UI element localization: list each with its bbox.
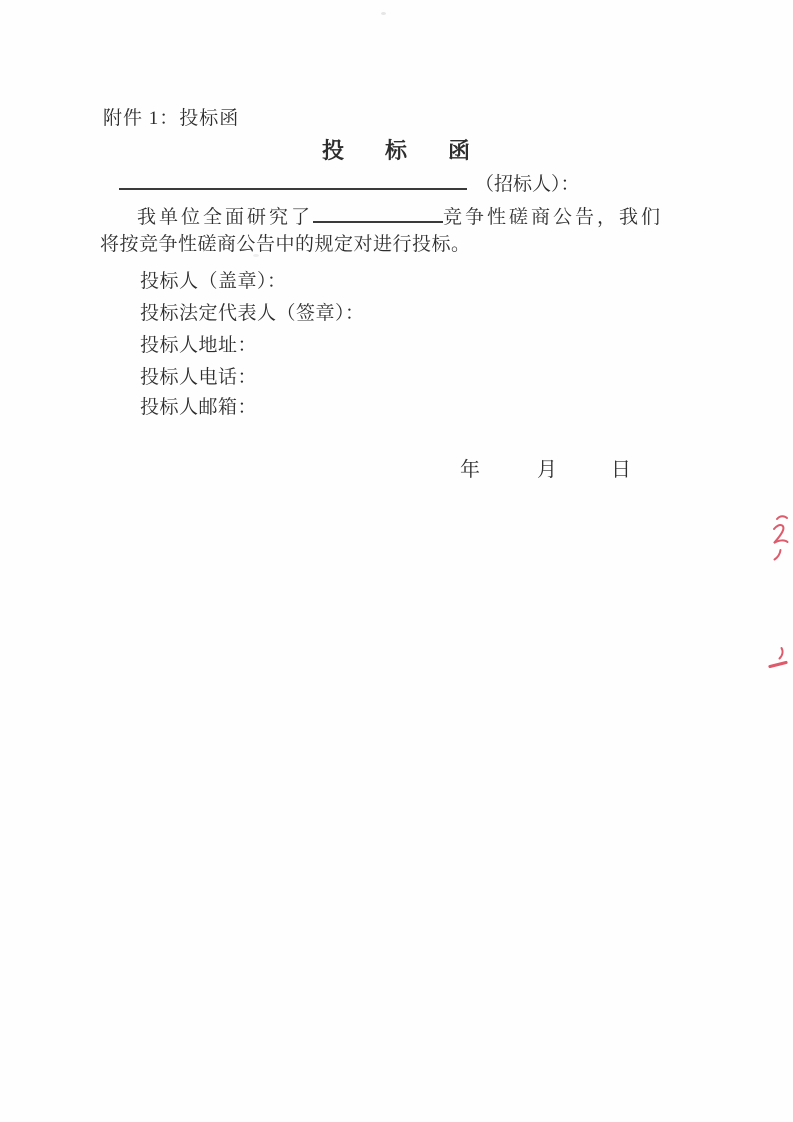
legal-representative-line: 投标法定代表人（签章）：: [140, 298, 365, 325]
recipient-label: （招标人）：: [475, 174, 580, 195]
red-pen-squiggle-number-mark: [763, 503, 793, 561]
bidder-address-line: 投标人地址：: [140, 330, 257, 357]
date-line: 年 月 日: [460, 453, 640, 479]
scanned-document-page: 附件 1：投标函 投标函 （招标人）： 我单位全面研究了竞争性磋商公告，我们 将…: [0, 0, 793, 1122]
paragraph-suffix: 竞争性磋商公告，我们: [443, 207, 663, 228]
bidder-seal-line: 投标人（盖章）：: [140, 266, 287, 293]
announcement-blank-field: [313, 204, 443, 223]
paragraph-prefix: 我单位全面研究了: [137, 207, 313, 228]
date-day-label: 日: [611, 453, 631, 482]
recipient-line: （招标人）：: [119, 169, 580, 196]
scan-speck: [253, 254, 259, 257]
date-year-label: 年: [460, 453, 480, 482]
date-month-label: 月: [537, 453, 557, 482]
scan-speck: [381, 12, 386, 15]
bidder-phone-line: 投标人电话：: [140, 362, 257, 389]
paragraph-line-2: 将按竞争性磋商公告中的规定对进行投标。: [100, 229, 471, 256]
attachment-label: 附件 1：投标函: [103, 103, 239, 130]
paragraph-line-1: 我单位全面研究了竞争性磋商公告，我们: [137, 202, 663, 229]
bidder-email-line: 投标人邮箱：: [140, 392, 257, 419]
red-pen-tick-dash-mark: [766, 642, 793, 672]
document-title: 投标函: [322, 134, 511, 165]
recipient-blank-field: [119, 171, 467, 190]
